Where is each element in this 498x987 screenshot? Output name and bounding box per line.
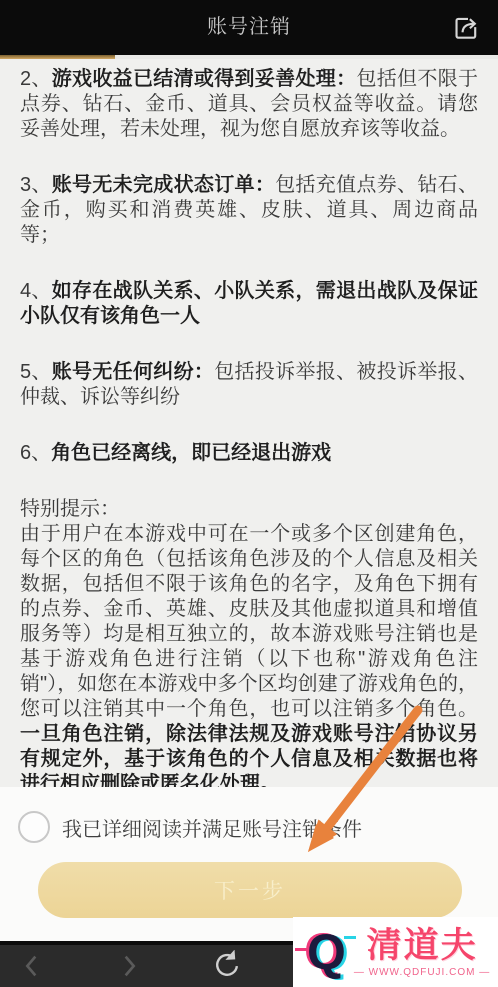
term-number: 6、	[20, 442, 51, 464]
share-icon	[450, 31, 482, 48]
forward-icon	[113, 969, 145, 986]
term-item-4: 4、如存在战队关系、小队关系，需退出战队及保证小队仅有该角色一人	[20, 279, 478, 329]
forward-button[interactable]	[113, 950, 145, 982]
watermark-brand: 清道夫	[367, 927, 478, 965]
page-load-progress-fill	[0, 55, 115, 59]
watermark-text-block: 清道夫 — WWW.QDFUJI.COM —	[354, 927, 490, 978]
term-number: 2、	[20, 68, 52, 90]
agree-radio-unchecked[interactable]	[18, 811, 50, 843]
glitch-dash-pink	[295, 948, 307, 951]
refresh-button[interactable]	[211, 950, 243, 982]
qdfuji-watermark: Q 清道夫 — WWW.QDFUJI.COM —	[293, 917, 498, 987]
next-step-button[interactable]: 下一步	[38, 862, 462, 918]
term-item-2: 2、游戏收益已结清或得到妥善处理：包括但不限于点券、钻石、金币、道具、会员权益等…	[20, 67, 478, 142]
page-load-progress-track	[0, 55, 498, 59]
back-icon	[16, 969, 48, 986]
back-button[interactable]	[16, 950, 48, 982]
special-note-body: 由于用户在本游戏中可在一个或多个区创建角色，每个区的角色（包括该角色涉及的个人信…	[20, 522, 478, 787]
agree-checkbox-row[interactable]: 我已详细阅读并满足账号注销条件	[18, 811, 362, 843]
refresh-icon	[211, 969, 243, 986]
agree-label: 我已详细阅读并满足账号注销条件	[62, 813, 362, 842]
term-number: 4、	[20, 280, 52, 302]
page-title: 账号注销	[0, 0, 498, 55]
note-regular-text: 由于用户在本游戏中可在一个或多个区创建角色，每个区的角色（包括该角色涉及的个人信…	[20, 523, 478, 720]
term-item-3: 3、账号无未完成状态订单：包括充值点券、钻石、金币，购买和消费英雄、皮肤、道具、…	[20, 173, 478, 248]
account-cancellation-screen: 账号注销 2、游戏收益已结清或得到妥善处理：包括但不限于点券、钻石、金币、道具、…	[0, 0, 498, 987]
term-lead: 账号无任何纠纷：	[52, 361, 215, 383]
term-item-6: 6、角色已经离线，即已经退出游戏	[20, 441, 478, 466]
watermark-url: — WWW.QDFUJI.COM —	[354, 967, 490, 978]
share-button[interactable]	[450, 12, 482, 44]
term-lead: 角色已经离线，即已经退出游戏	[51, 442, 331, 464]
term-item-5: 5、账号无任何纠纷：包括投诉举报、被投诉举报、仲裁、诉讼等纠纷	[20, 360, 478, 410]
term-lead: 如存在战队关系、小队关系，需退出战队及保证小队仅有该角色一人	[20, 280, 478, 327]
note-bold-text: 一旦角色注销，除法律法规及游戏账号注销协议另有规定外，基于该角色的个人信息及相关…	[20, 723, 478, 787]
terms-content[interactable]: 2、游戏收益已结清或得到妥善处理：包括但不限于点券、钻石、金币、道具、会员权益等…	[0, 59, 498, 787]
term-lead: 账号无未完成状态订单：	[52, 174, 275, 196]
glitch-dash-cyan	[344, 936, 356, 939]
term-number: 3、	[20, 174, 52, 196]
term-number: 5、	[20, 361, 52, 383]
special-note-title: 特别提示：	[20, 497, 478, 522]
term-lead: 游戏收益已结清或得到妥善处理：	[52, 68, 357, 90]
qdfuji-logo-icon: Q	[307, 922, 346, 982]
app-header: 账号注销	[0, 0, 498, 55]
